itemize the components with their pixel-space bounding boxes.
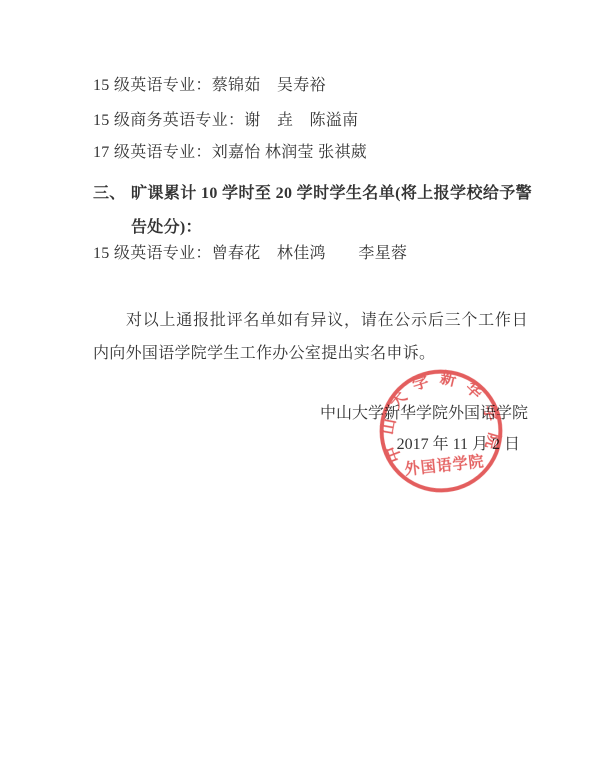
section-three-title: 旷课累计 10 学时至 20 学时学生名单(将上报学校给予警告处分)： (131, 177, 532, 245)
roster-line-warning-english-15: 15 级英语专业：曾春花 林佳鸿 李星蓉 (93, 244, 528, 264)
document-page: 15 级英语专业：蔡锦茹 吴寿裕 15 级商务英语专业：谢 垚 陈溢南 17 级… (0, 0, 616, 759)
signature-date: 2017 年 11 月 2 日 (320, 435, 528, 455)
roster-line-english-15: 15 级英语专业：蔡锦茹 吴寿裕 (93, 76, 528, 96)
section-three-heading: 三、 旷课累计 10 学时至 20 学时学生名单(将上报学校给予警告处分)： (93, 177, 532, 245)
section-three-number: 三、 (93, 177, 131, 245)
seal-bottom-text: 外国语学院 (404, 452, 486, 478)
signature-block: 中山大学新华学院外国语学院 2017 年 11 月 2 日 (320, 404, 528, 455)
appeal-paragraph: 对以上通报批评名单如有异议，请在公示后三个工作日内向外国语学院学生工作办公室提出… (93, 304, 528, 370)
signature-organization: 中山大学新华学院外国语学院 (320, 404, 528, 424)
roster-line-business-english-15: 15 级商务英语专业：谢 垚 陈溢南 (93, 111, 528, 131)
roster-line-english-17: 17 级英语专业：刘嘉怡 林润莹 张祺葳 (93, 143, 528, 163)
